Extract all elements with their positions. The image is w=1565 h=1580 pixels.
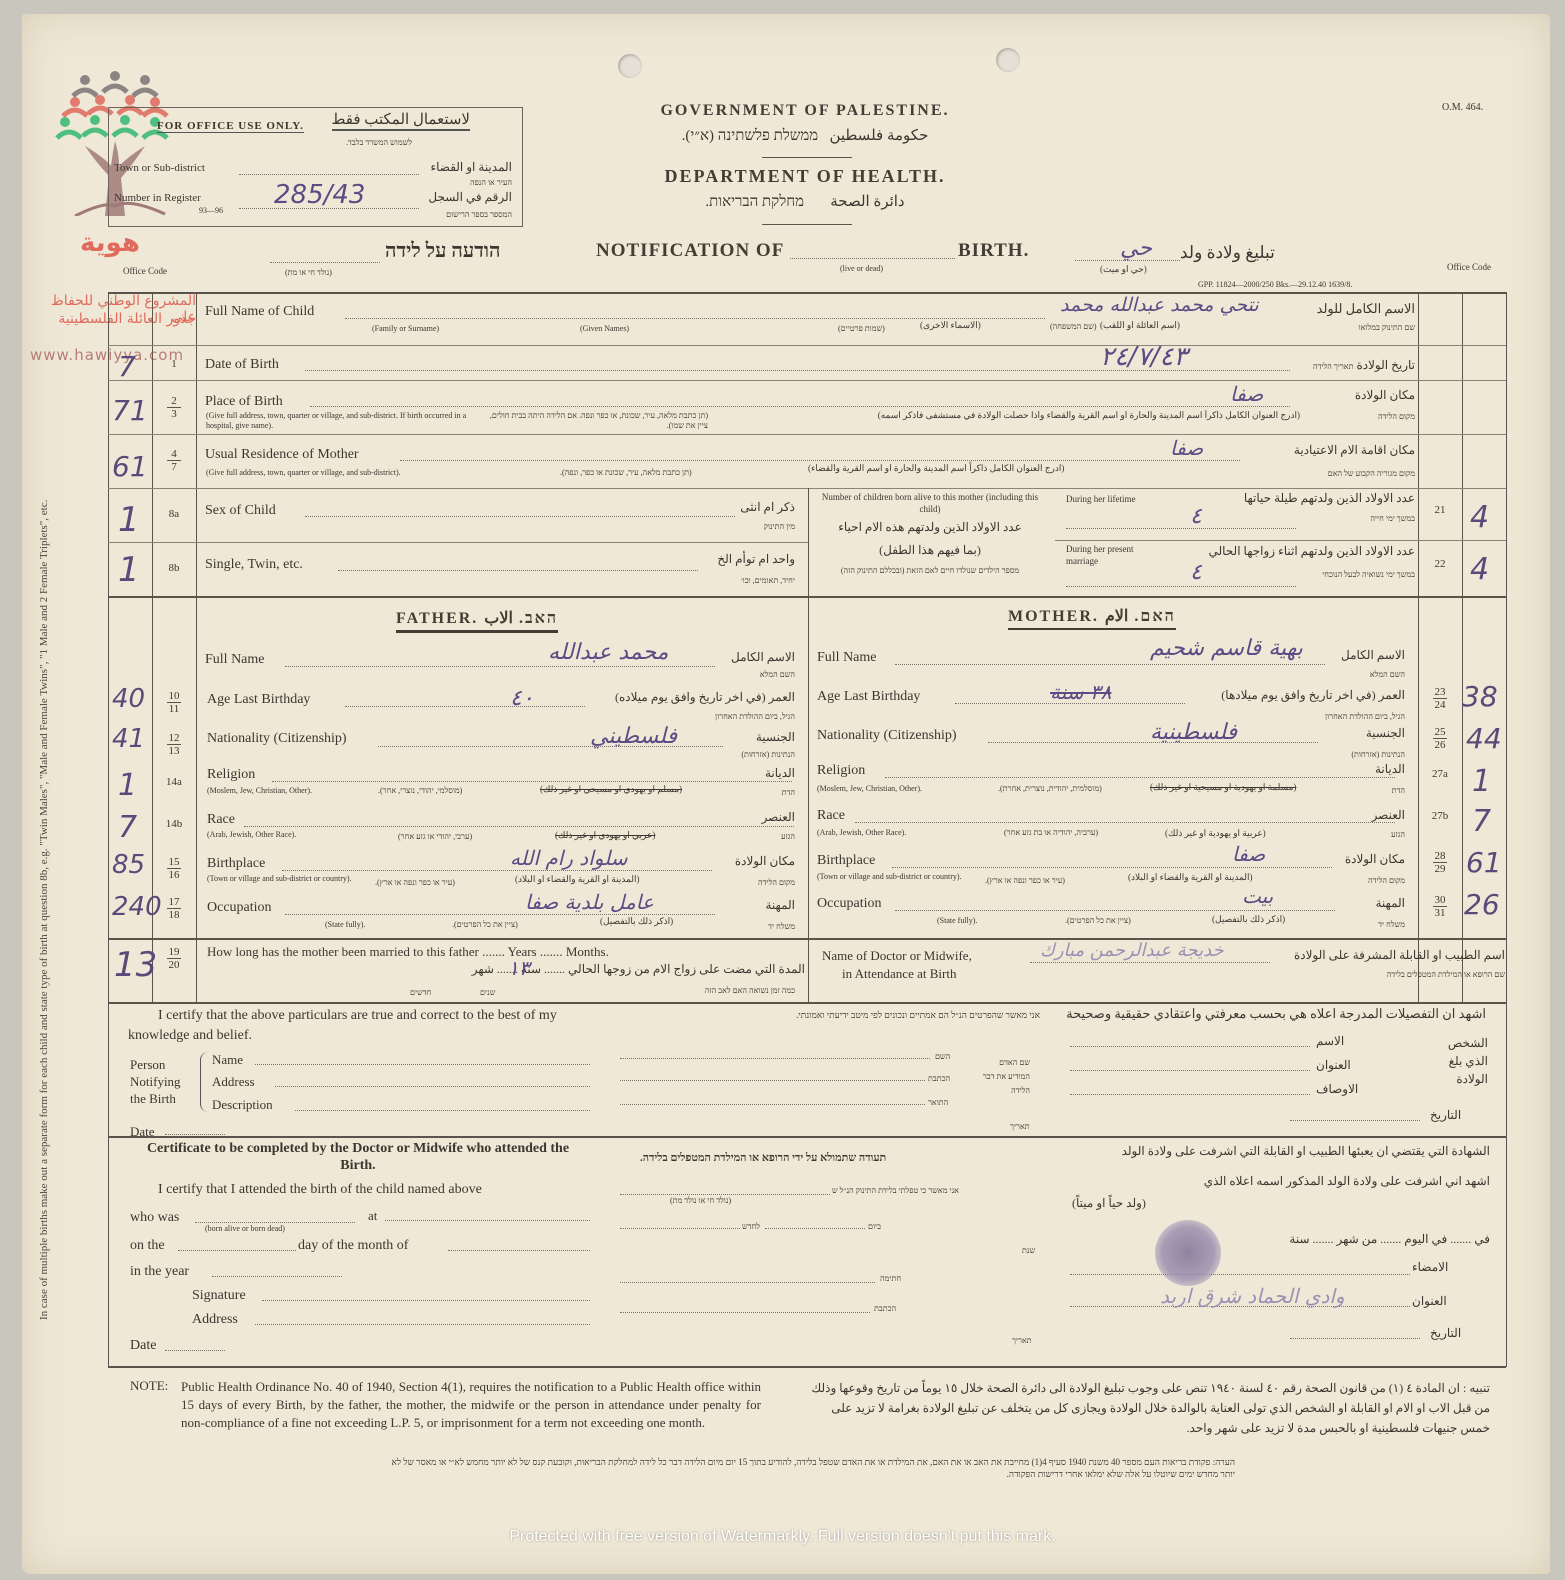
mother-religion-label-ar: الديانة xyxy=(1375,762,1405,777)
doctor-address-label-ar: العنوان xyxy=(1412,1294,1447,1309)
marriage-children-label: During her present marriage xyxy=(1066,543,1146,567)
marriage-duration-label: How long has the mother been married to … xyxy=(207,944,609,960)
notifier-name-field-he[interactable] xyxy=(620,1058,930,1059)
notifier-description-field-he[interactable] xyxy=(620,1104,925,1105)
notifier-name-field[interactable] xyxy=(255,1064,590,1065)
grid-line xyxy=(808,488,809,596)
grid-line xyxy=(108,292,109,1367)
on-the-label: on the xyxy=(130,1238,165,1254)
pob-hint-he: (תן כתבת מלאה, עיר, שכונת, או כפר ונפה. … xyxy=(488,411,708,431)
gov-title-he: ממשלת פלשתינה (א״י). xyxy=(682,128,819,144)
mother-name-value: بهية قاسم شحيم xyxy=(1150,636,1303,661)
father-occ-field[interactable] xyxy=(285,914,715,915)
mother-heading-ar: الام xyxy=(1105,608,1128,625)
mother-religion-hint-he: (מוסלמית, יהודית, נוצרית, אחרת). xyxy=(998,784,1102,793)
mother-bp-hint-ar: (المدينة او القرية والقضاء او البلاد) xyxy=(1128,872,1253,883)
town-label: Town or Sub-district xyxy=(114,162,205,174)
doctor-date-label-he: תאריך xyxy=(1012,1336,1032,1345)
dob-label-ar: تاريخ الولادة xyxy=(1356,358,1415,372)
notifier-date-label-ar: التاريخ xyxy=(1430,1108,1461,1123)
mother-race-label: Race xyxy=(817,808,845,824)
father-nat-label-ar: الجنسية xyxy=(756,730,795,745)
note-text-he: הערה: פקודת בריאות העם מספר 40 משנת 1940… xyxy=(390,1456,1235,1480)
residence-label-he: מקום מגוריה הקבוע של האם xyxy=(1328,469,1415,478)
grid-line xyxy=(108,938,1506,940)
mother-name-field[interactable] xyxy=(895,664,1325,665)
notifier-address-field-ar[interactable] xyxy=(1070,1070,1310,1071)
year-label-he: שנת xyxy=(1022,1246,1035,1255)
children-count-label-he: מספר הילדים שנולדו חיים לאם הזאת (ובכללם… xyxy=(812,566,1048,576)
num-bottom: 26 xyxy=(1435,739,1446,751)
num-bottom: 24 xyxy=(1435,699,1446,711)
day-field[interactable] xyxy=(178,1250,296,1251)
code-father-religion: 1 xyxy=(118,768,137,803)
dob-label-ar-he: تاريخ الولادة תאריך הלידה xyxy=(1313,358,1415,373)
child-given-hint-he: (שמות פרטיים) xyxy=(838,324,885,333)
num-top: 28 xyxy=(1433,850,1447,863)
punch-hole xyxy=(618,54,642,78)
q-num-17-18: 1718 xyxy=(152,896,196,921)
office-code-right: Office Code xyxy=(1444,262,1494,272)
title-handwritten: حي xyxy=(1120,236,1152,261)
num-bottom: 31 xyxy=(1435,907,1446,919)
notifier-date-label: Date xyxy=(130,1124,155,1140)
num-bottom: 18 xyxy=(169,909,180,921)
q-num-25-26: 2526 xyxy=(1418,726,1462,751)
mother-heading-en: MOTHER. xyxy=(1008,608,1099,625)
marriage-children-label-he: במשך ימי נשואיה לבעל הנוכחי xyxy=(1322,570,1415,579)
child-name-label-he: שם התינוק במלואו xyxy=(1359,323,1415,332)
notifier-name-label-he: השם xyxy=(935,1052,950,1061)
grid-line xyxy=(808,596,809,1002)
q-num-2-3: 23 xyxy=(152,395,196,420)
grid-line xyxy=(1462,292,1463,1002)
born-status-field[interactable] xyxy=(195,1222,355,1223)
mother-religion-field[interactable] xyxy=(885,777,1395,778)
father-religion-label-ar: الديانة xyxy=(765,766,795,781)
marriage-duration-value: ١٣ xyxy=(508,956,529,980)
code-father-bp: 85 xyxy=(112,850,145,880)
sex-field[interactable] xyxy=(305,516,735,517)
register-label-ar: الرقم في السجل xyxy=(428,190,512,205)
dept-title-he: מחלקת הבריאות. xyxy=(705,194,804,210)
year-field[interactable] xyxy=(212,1276,342,1277)
father-occ-label-ar: المهنة xyxy=(765,898,795,913)
notifier-name-field-ar[interactable] xyxy=(1070,1046,1310,1047)
divider xyxy=(762,157,852,158)
father-occ-hint-he: (ציין את כל הפרטים). xyxy=(452,920,518,929)
doctor-name-value: خديجة عبدالرحمن مبارك xyxy=(1040,940,1224,961)
grid-line xyxy=(108,1366,1506,1368)
gov-title: GOVERNMENT OF PALESTINE. xyxy=(600,102,1010,120)
marriage-months-he: חדשים xyxy=(410,988,431,997)
father-bp-label-ar: مكان الولادة xyxy=(735,854,795,869)
father-bp-field[interactable] xyxy=(282,870,712,871)
child-name-label-ar: الاسم الكامل للولد xyxy=(1317,301,1415,317)
father-name-label: Full Name xyxy=(205,652,265,668)
gov-title-ar: حكومة فلسطين xyxy=(829,128,928,144)
doctor-address-label-he: הכתבת xyxy=(874,1304,896,1313)
q-num-23-24: 2324 xyxy=(1418,686,1462,711)
month-field-he[interactable] xyxy=(620,1228,740,1229)
mother-nat-label-he: הנתינות (אזרחות) xyxy=(1351,750,1405,759)
doctor-name-field[interactable] xyxy=(1030,962,1270,963)
doctor-address-label: Address xyxy=(192,1312,238,1328)
q-num-30-31: 3031 xyxy=(1418,894,1462,919)
q-num-4-7: 47 xyxy=(152,448,196,473)
mother-nat-label: Nationality (Citizenship) xyxy=(817,728,957,744)
mother-race-label-ar: العنصر xyxy=(1372,808,1405,823)
father-occ-value: عامل بلدية صفا xyxy=(525,890,654,914)
residence-hint-ar: (ادرج العنوان الكامل ذاكراً اسم المدينة … xyxy=(808,463,1064,474)
doctor-name-label: Name of Doctor or Midwife, xyxy=(822,948,972,964)
code-father-race: 7 xyxy=(118,810,137,845)
q-num-22: 22 xyxy=(1418,558,1462,570)
father-age-field[interactable] xyxy=(345,706,585,707)
children-count-label: Number of children born alive to this mo… xyxy=(812,491,1048,515)
doctor-signature-label-ar: الامضاء xyxy=(1412,1260,1448,1275)
child-name-field[interactable] xyxy=(345,318,1045,319)
marriage-children-label-ar: عدد الاولاد الذين ولدتهم اثناء زواجها ال… xyxy=(1208,544,1415,559)
father-occ-hint-ar: (اذكر ذلك بالتفصيل) xyxy=(600,916,673,927)
single-field[interactable] xyxy=(338,570,698,571)
father-race-hint-ar: (عربي او يهودي او غير ذلك) xyxy=(555,830,655,841)
code-mother-bp: 61 xyxy=(1466,846,1502,879)
doctor-address-field-he[interactable] xyxy=(620,1312,870,1313)
day-label-he: ביום xyxy=(868,1222,881,1231)
father-age-label-he: הגיל, ביום ההולדת האחרון xyxy=(715,712,795,721)
mother-name-label: Full Name xyxy=(817,650,877,666)
day-of-month-label: day of the month of xyxy=(298,1238,408,1254)
person-notifying-label-ar: الشخص الذي بلغ الولادة xyxy=(1428,1034,1488,1088)
at-label: at xyxy=(368,1208,377,1224)
father-bp-label-he: מקום הלידה xyxy=(758,878,795,887)
num-bottom: 7 xyxy=(171,461,177,473)
lifetime-label-he: במשך ימי חייה xyxy=(1370,514,1415,523)
q-num-28-29: 2829 xyxy=(1418,850,1462,875)
code-marriage-duration: 13 xyxy=(114,945,157,985)
doctor-cert-title-he: תעודה שתמולא על ידי הרופא או המילדת המטפ… xyxy=(640,1152,886,1164)
title-he: הודעה על לידה xyxy=(385,240,500,263)
marriage-children-field[interactable] xyxy=(1066,586,1296,587)
single-label-ar: واحد ام توأم الخ xyxy=(717,552,795,567)
father-bp-hint-he: (עיר או כפר ונפה או ארץ). xyxy=(375,878,455,887)
doctor-date-label: Date xyxy=(130,1338,156,1354)
num-top: 10 xyxy=(167,690,181,703)
children-count-label-ar-sub: (بما فيهم هذا الطفل) xyxy=(812,543,1048,558)
birth-location-field[interactable] xyxy=(385,1220,590,1221)
father-heading-ar: الاب xyxy=(484,610,513,627)
marriage-children-value: ٤ xyxy=(1190,560,1202,585)
q-num-8b: 8b xyxy=(152,562,196,574)
code-marriage-children: 4 xyxy=(1470,552,1489,587)
father-bp-label: Birthplace xyxy=(207,856,265,872)
title-en-a: NOTIFICATION OF xyxy=(596,240,784,262)
mother-occ-hint-he: (ציין את כל הפרטים). xyxy=(1065,916,1131,925)
mother-bp-hint: (Town or village and sub-district or cou… xyxy=(817,872,977,881)
mother-heading-he: האם. xyxy=(1134,608,1175,625)
doctor-name-label-ar: اسم الطبيب او القابلة المشرفة على الولاد… xyxy=(1294,948,1505,963)
notifier-description-label: Description xyxy=(212,1097,273,1113)
grid-line xyxy=(1506,292,1507,1367)
notifier-name-label-ar: الاسم xyxy=(1316,1034,1344,1049)
father-bp-hint-ar: (المدينة او القرية والقضاء او البلاد) xyxy=(515,874,640,885)
mother-occ-label-he: משלח יד xyxy=(1378,920,1405,929)
doctor-address-field[interactable] xyxy=(255,1324,590,1325)
father-race-label-he: הגזע xyxy=(781,832,795,841)
doctor-signature-field-ar[interactable] xyxy=(1070,1274,1410,1275)
certify-text: I certify that the above particulars are… xyxy=(128,1006,598,1046)
child-family-hint: (Family or Surname) xyxy=(372,324,439,333)
q-num-14b: 14b xyxy=(152,818,196,830)
father-heading: FATHER. האב. الاب xyxy=(396,608,558,633)
father-name-value: محمد عبدالله xyxy=(548,640,668,665)
q-num-8a: 8a xyxy=(152,508,196,520)
title-ar-sub: (حي او ميت) xyxy=(1100,264,1147,275)
child-family-hint-ar: (اسم العائلة او اللقب) xyxy=(1100,320,1180,331)
father-religion-label-he: הדת xyxy=(782,788,795,797)
father-bp-value: سلواد رام الله xyxy=(510,846,627,870)
father-race-label: Race xyxy=(207,812,235,828)
grid-line xyxy=(1055,540,1506,541)
notifier-description-field-ar[interactable] xyxy=(1070,1094,1310,1095)
mother-age-label: Age Last Birthday xyxy=(817,689,920,705)
father-name-field[interactable] xyxy=(285,666,715,667)
residence-hint: (Give full address, town, quarter or vil… xyxy=(206,468,401,477)
residence-label: Usual Residence of Mother xyxy=(205,447,359,463)
doctor-cert-line1-ar: اشهد اني اشرفت على ولادة الولد المذكور ا… xyxy=(1070,1174,1490,1189)
q-num-14a: 14a xyxy=(152,776,196,788)
grid-line xyxy=(108,1002,1506,1004)
q-num-12-13: 1213 xyxy=(152,732,196,757)
brace xyxy=(200,1052,208,1112)
doctor-date-field-ar[interactable] xyxy=(1290,1338,1420,1339)
code-mother-religion: 1 xyxy=(1472,764,1491,799)
child-name-label: Full Name of Child xyxy=(205,304,314,320)
mother-occ-hint: (State fully). xyxy=(937,916,977,925)
certify-text-ar: اشهد ان التفصيلات المدرجة اعلاه هي بحسب … xyxy=(1066,1006,1486,1022)
code-mother-occ: 26 xyxy=(1464,888,1500,921)
mother-occ-field[interactable] xyxy=(895,910,1335,911)
who-was-label: who was xyxy=(130,1210,179,1226)
q-num-1: 1 xyxy=(152,358,196,370)
q-num-27a: 27a xyxy=(1418,768,1462,780)
notifier-address-label-ar: العنوان xyxy=(1316,1058,1351,1073)
doctor-name-label-he: שם הרופא או המילדת המטפלים בלידה xyxy=(1387,970,1505,979)
num-top: 15 xyxy=(167,856,181,869)
register-label-he: המספר בספר הרישום xyxy=(446,210,512,219)
num-top: 25 xyxy=(1433,726,1447,739)
lifetime-field[interactable] xyxy=(1066,528,1296,529)
num-top: 2 xyxy=(167,395,181,408)
father-nat-label-he: הנתינות (אזרחות) xyxy=(741,750,795,759)
pob-field[interactable] xyxy=(310,406,1290,407)
dept-title-ar-he: دائرة الصحة מחלקת הבריאות. xyxy=(600,192,1010,211)
doctor-date-field[interactable] xyxy=(165,1350,225,1351)
town-label-he: העיר או הנפה xyxy=(470,178,512,187)
note-text: Public Health Ordinance No. 40 of 1940, … xyxy=(181,1378,761,1432)
town-label-ar: المدينة او القضاء xyxy=(430,160,512,175)
code-sex: 1 xyxy=(118,500,140,540)
sex-label-ar: ذكر ام انثى xyxy=(740,500,795,515)
watermark-banner: Protected with free version of Watermark… xyxy=(0,1528,1565,1546)
notifier-address-label-he: הכתבת xyxy=(928,1074,950,1083)
notifier-date-field[interactable] xyxy=(165,1134,225,1135)
num-top: 12 xyxy=(167,732,181,745)
notifier-address-field-he[interactable] xyxy=(620,1080,925,1081)
mother-bp-label-he: מקום הלידה xyxy=(1368,876,1405,885)
title-he-sub: (נולד חי או מת) xyxy=(285,268,332,277)
pob-label-he: מקום הלידה xyxy=(1378,412,1415,421)
residence-field[interactable] xyxy=(400,460,1240,461)
mother-occ-hint-ar: (اذكر ذلك بالتفصيل) xyxy=(1212,914,1285,925)
grid-line xyxy=(108,596,1506,598)
logo-line2: جذور العائلة الفلسطينية xyxy=(26,311,196,327)
title-ar: تبليغ ولادة ولد xyxy=(1180,243,1275,263)
live-or-dead-field[interactable] xyxy=(790,258,955,259)
grid-line xyxy=(108,292,1506,294)
month-field[interactable] xyxy=(448,1250,590,1251)
official-stamp xyxy=(1155,1220,1221,1286)
code-father-age: 40 xyxy=(112,684,145,714)
mother-bp-value: صفا xyxy=(1232,842,1265,866)
residence-hint-he: (תן כתבת מלאה, עיר, שכונת או כפר, ונפה). xyxy=(560,468,692,477)
notifier-date-field-ar[interactable] xyxy=(1290,1120,1420,1121)
certify-text-he: אני מאשר שהפרטים הנ״ל הם אמתיים ונכונים … xyxy=(620,1010,1040,1020)
children-count-label-ar: عدد الاولاد الذين ولدتهم هذه الام احياء xyxy=(812,520,1048,535)
office-use-title-he: לשמוש המשרד בלבד. xyxy=(346,138,412,147)
father-race-hint-he: (ערבי, יהודי או גזע אחר) xyxy=(398,832,472,841)
num-bottom: 11 xyxy=(169,703,180,715)
father-heading-en: FATHER. xyxy=(396,610,478,627)
mother-name-label-ar: الاسم الكامل xyxy=(1341,648,1405,663)
person-notifying-label: Person Notifying the Birth xyxy=(130,1056,195,1107)
mother-religion-hint: (Moslem, Jew, Christian, Other). xyxy=(817,784,922,793)
father-bp-hint: (Town or village and sub-district or cou… xyxy=(207,874,367,883)
notifier-address-field[interactable] xyxy=(275,1086,590,1087)
doctor-signature-label-he: חתימה xyxy=(880,1274,901,1283)
mother-bp-field[interactable] xyxy=(892,867,1332,868)
doctor-cert-line1-he: אני מאשר כי טפלתי בלידת התינוק הנ״ל ש xyxy=(832,1186,959,1195)
notifier-date-label-he: תאריך xyxy=(1010,1122,1030,1131)
mother-age-label-he: הגיל, ביום ההולדת האחרון xyxy=(1325,712,1405,721)
father-religion-field[interactable] xyxy=(272,781,792,782)
father-age-label: Age Last Birthday xyxy=(207,692,310,708)
mother-religion-label-he: הדת xyxy=(1392,786,1405,795)
father-heading-he: האב. xyxy=(519,610,558,627)
father-race-label-ar: العنصر xyxy=(762,810,795,825)
doctor-cert-date-line-ar: في ....... في اليوم ....... من شهر .....… xyxy=(1070,1232,1490,1247)
live-or-dead-hint: (live or dead) xyxy=(840,264,883,273)
code-father-nat: 41 xyxy=(112,724,145,754)
gov-title-ar-he: حكومة فلسطين ממשלת פלשתינה (א״י). xyxy=(600,126,1010,145)
mother-name-label-he: השם המלא xyxy=(1370,670,1405,679)
town-field[interactable] xyxy=(239,174,419,175)
doctor-signature-field[interactable] xyxy=(262,1300,590,1301)
mother-religion-hint-ar: (مسلمة او يهودية او مسيحية او غير ذلك) xyxy=(1150,782,1296,793)
mother-bp-label-ar: مكان الولادة xyxy=(1345,852,1405,867)
office-use-title-ar: لاستعمال المكتب فقط xyxy=(332,110,470,131)
father-race-field[interactable] xyxy=(244,826,794,827)
father-religion-hint-he: (מוסלמי, יהודי, נוצרי, אחר). xyxy=(378,786,462,795)
father-occ-label: Occupation xyxy=(207,900,272,916)
grid-line xyxy=(108,380,1506,381)
mother-heading: MOTHER. האם. الام xyxy=(1008,606,1176,630)
single-label-he: יחיד, תאומים, וכו׳ xyxy=(741,576,795,585)
month-label-he: לחדש xyxy=(742,1222,760,1231)
num-bottom: 20 xyxy=(169,959,180,971)
register-value: 285/43 xyxy=(274,180,365,210)
father-nat-value: فلسطيني xyxy=(590,724,677,749)
pob-hint: (Give full address, town, quarter or vil… xyxy=(206,411,486,431)
lifetime-label-ar: عدد الاولاد الذين ولدتهم طيلة حياتها xyxy=(1244,491,1415,506)
mother-race-field[interactable] xyxy=(855,822,1395,823)
code-lifetime: 4 xyxy=(1470,500,1489,535)
mother-nat-label-ar: الجنسية xyxy=(1366,726,1405,741)
multiple-births-margin-note: In case of multiple births make out a se… xyxy=(38,120,50,1320)
q-num-15-16: 1516 xyxy=(152,856,196,881)
notifier-address-label: Address xyxy=(212,1074,255,1090)
register-label: Number in Register xyxy=(114,192,201,204)
mother-religion-label: Religion xyxy=(817,763,865,779)
father-age-value: ٤٠ xyxy=(510,686,534,711)
doctor-cert-title: Certificate to be completed by the Docto… xyxy=(128,1140,588,1174)
child-family-hint-he: (שם המשפחה) xyxy=(1050,322,1097,331)
office-code-left: Office Code xyxy=(120,266,170,276)
father-occ-label-he: משלח יד xyxy=(768,922,795,931)
child-name-value: نتحي محمد عبدالله محمد xyxy=(1060,294,1259,316)
lifetime-label: During her lifetime xyxy=(1066,494,1135,504)
mother-nat-value: فلسطينية xyxy=(1150,720,1237,745)
code-single: 1 xyxy=(118,550,140,590)
sex-label-he: מין התינוק xyxy=(764,522,795,531)
form-code: O.M. 464. xyxy=(1442,102,1483,113)
doctor-signature-field-he[interactable] xyxy=(620,1282,875,1283)
q-num-27b: 27b xyxy=(1418,810,1462,822)
doctor-cert-line1: I certify that I attended the birth of t… xyxy=(158,1182,482,1198)
num-top: 4 xyxy=(167,448,181,461)
notifier-description-field[interactable] xyxy=(295,1110,590,1111)
title-he-field xyxy=(270,262,380,263)
mother-occ-value: بيت xyxy=(1242,884,1273,908)
father-religion-hint: (Moslem, Jew, Christian, Other). xyxy=(207,786,312,795)
mother-occ-label-ar: المهنة xyxy=(1375,896,1405,911)
notifier-description-label-he: התואר xyxy=(928,1098,948,1107)
day-field-he[interactable] xyxy=(765,1228,865,1229)
doctor-name-label-b: in Attendance at Birth xyxy=(842,966,956,982)
person-notifying-label-he: שם האדם המודיע את דבר הלידה xyxy=(980,1056,1030,1098)
logo-brand: هوية xyxy=(80,228,140,258)
punch-hole xyxy=(996,48,1020,72)
dob-label: Date of Birth xyxy=(205,357,279,373)
code-dob: 7 xyxy=(118,350,136,383)
father-religion-hint-ar: (مسلم او يهودي او مسيحي او غير ذلك) xyxy=(540,784,682,795)
mother-race-hint-ar: (عربية او يهودية او غير ذلك) xyxy=(1165,828,1266,839)
dob-value: ٢٤/٧/٤٣ xyxy=(1100,342,1187,372)
register-sub: 93—96 xyxy=(199,206,223,215)
doctor-cert-field-he[interactable] xyxy=(620,1194,830,1195)
dept-title-ar: دائرة الصحة xyxy=(830,194,904,210)
dob-label-he: תאריך הלידה xyxy=(1313,362,1354,371)
mother-bp-label: Birthplace xyxy=(817,853,875,869)
residence-value: صفا xyxy=(1170,436,1203,460)
pob-hint-ar: (ادرج العنوان الكامل ذاكراً اسم المدينة … xyxy=(710,410,1300,421)
grid-line xyxy=(108,542,808,543)
marriage-duration-label-he: כמה זמן נשואה האם לאב הזה xyxy=(705,986,795,995)
father-occ-hint: (State fully). xyxy=(325,920,365,929)
father-race-hint: (Arab, Jewish, Other Race). xyxy=(207,830,296,839)
num-top: 23 xyxy=(1433,686,1447,699)
